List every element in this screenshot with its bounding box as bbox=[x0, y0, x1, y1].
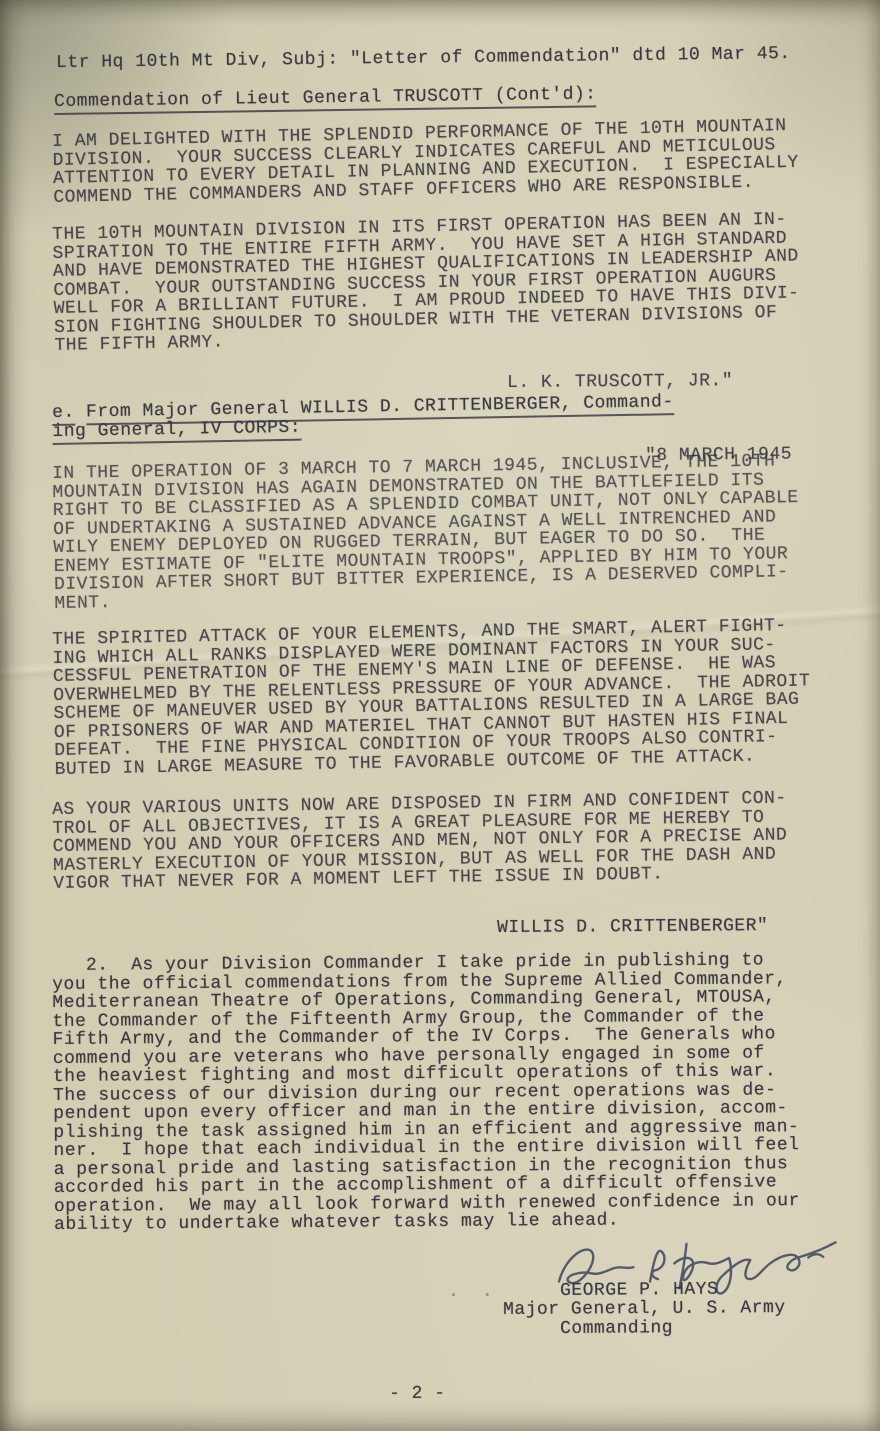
scanned-letter-page: Ltr Hq 10th Mt Div, Subj: "Letter of Com… bbox=[0, 0, 880, 1431]
crittenberger-paragraph-1: IN THE OPERATION OF 3 MARCH TO 7 MARCH 1… bbox=[52, 452, 800, 613]
subsection-e-title-line2: ing General, IV CORPS: bbox=[52, 417, 301, 444]
signer-role: Commanding bbox=[560, 1319, 673, 1338]
section-heading: Commendation of Lieut General TRUSCOTT (… bbox=[54, 85, 597, 111]
closing-paragraph-2: 2. As your Division Commander I take pri… bbox=[52, 951, 800, 1234]
signer-name: GEORGE P. HAYS bbox=[560, 1281, 718, 1301]
document-header-line: Ltr Hq 10th Mt Div, Subj: "Letter of Com… bbox=[56, 45, 791, 72]
truscott-paragraph-1: I AM DELIGHTED WITH THE SPLENDID PERFORM… bbox=[52, 117, 799, 207]
crittenberger-paragraph-2: THE SPIRITED ATTACK OF YOUR ELEMENTS, AN… bbox=[52, 616, 812, 779]
subsection-e-heading: e. From Major General WILLIS D. CRITTENB… bbox=[52, 391, 813, 441]
crittenberger-paragraph-3: AS YOUR VARIOUS UNITS NOW ARE DISPOSED I… bbox=[52, 789, 788, 893]
truscott-paragraph-2: THE 10TH MOUNTAIN DIVISION IN ITS FIRST … bbox=[52, 210, 800, 355]
crittenberger-signature-line: WILLIS D. CRITTENBERGER" bbox=[497, 917, 768, 937]
truscott-signature-line: L. K. TRUSCOTT, JR." bbox=[507, 372, 733, 392]
stray-ink-dots: . . bbox=[448, 1283, 493, 1302]
page-number: - 2 - bbox=[389, 1385, 446, 1404]
section-heading-text: Commendation of Lieut General TRUSCOTT (… bbox=[54, 84, 597, 115]
signer-title: Major General, U. S. Army bbox=[503, 1299, 786, 1319]
